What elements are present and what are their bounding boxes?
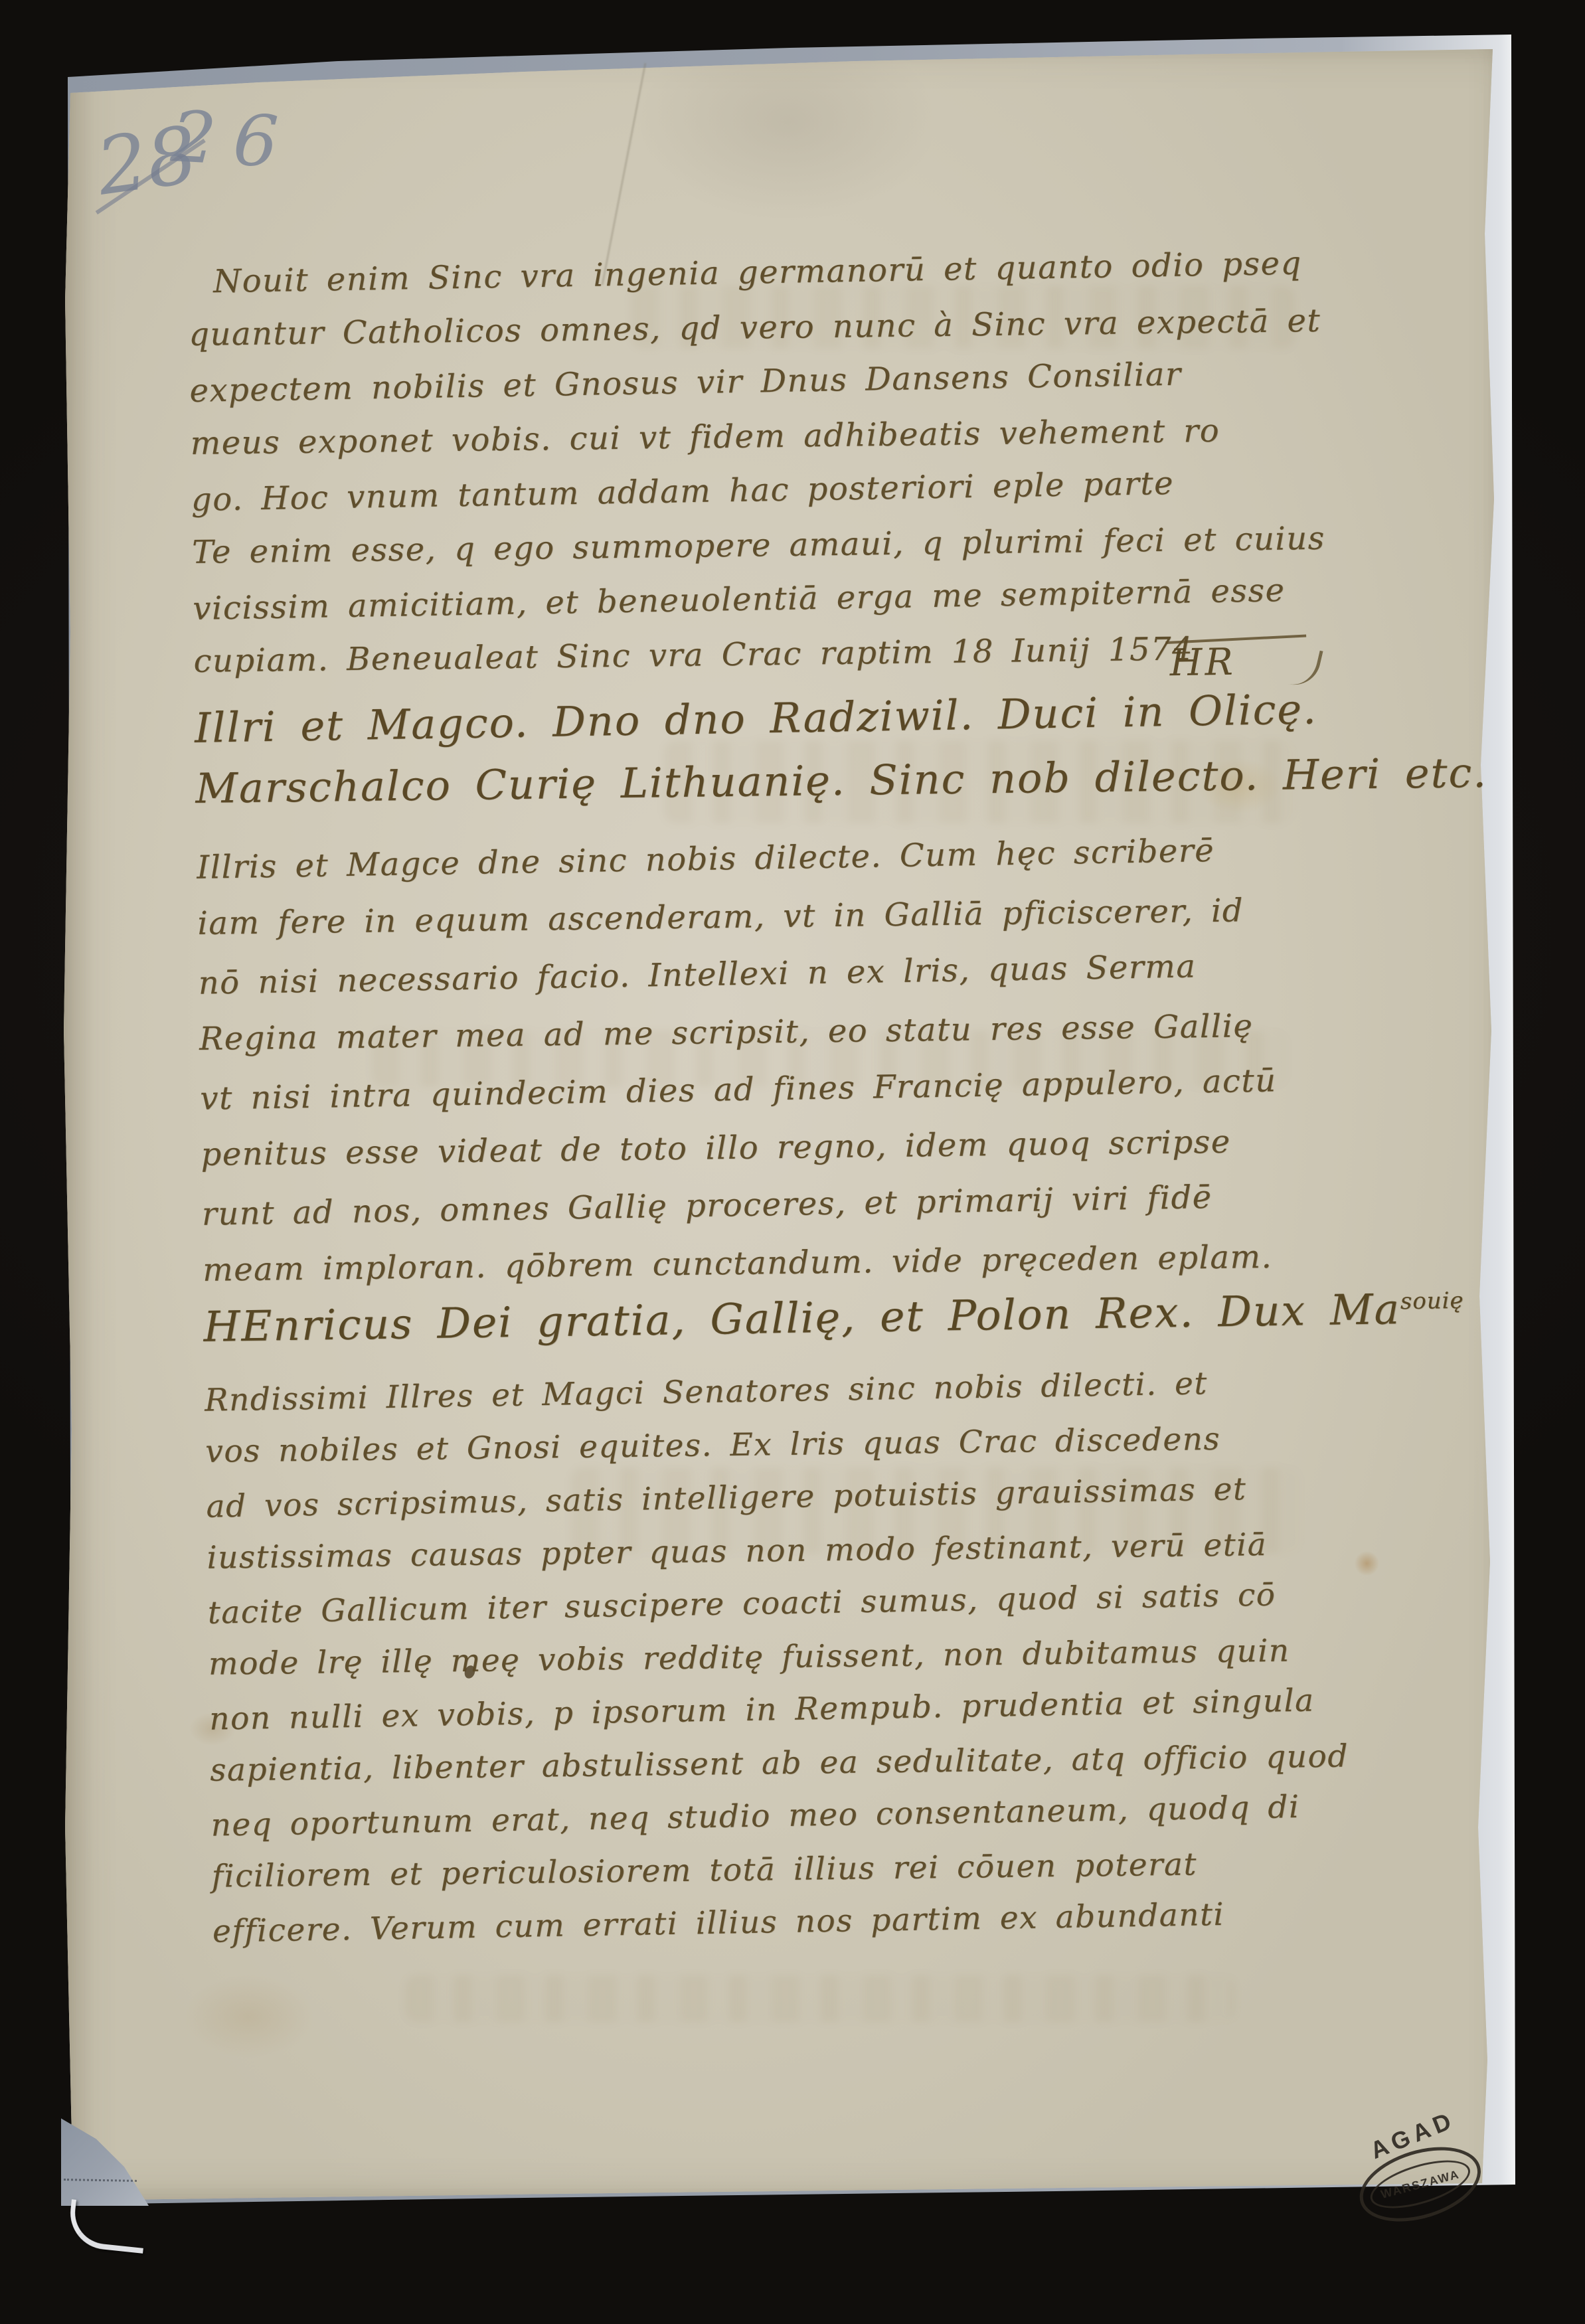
- archive-photo-background: 28 26 Nouit enim Sinc vra ingenia german…: [0, 0, 1585, 2324]
- monogram-initials: HR: [1169, 641, 1236, 685]
- letter-closing-paragraph: Nouit enim Sinc vra ingenia germanorū et…: [187, 237, 1336, 689]
- text-layer: 28 26 Nouit enim Sinc vra ingenia german…: [0, 0, 1585, 2324]
- address-heading: Illri et Magco. Dno dno Radziwil. Duci i…: [194, 679, 1338, 821]
- address-line: Marschalco Curię Lithuanię. Sinc nob dil…: [195, 744, 1338, 820]
- stamp-city-name: WARSZAWA: [1379, 2167, 1461, 2202]
- folio-number-current: 26: [169, 96, 297, 184]
- letter-body-paragraph: Illris et Magce dne sinc nobis dilecte. …: [197, 821, 1345, 1300]
- intitulation-superscript: souię: [1400, 1287, 1464, 1315]
- letter-body-paragraph-2: Rndissimi Illres et Magci Senatores sinc…: [204, 1356, 1355, 1957]
- royal-monogram: HR: [1169, 641, 1236, 685]
